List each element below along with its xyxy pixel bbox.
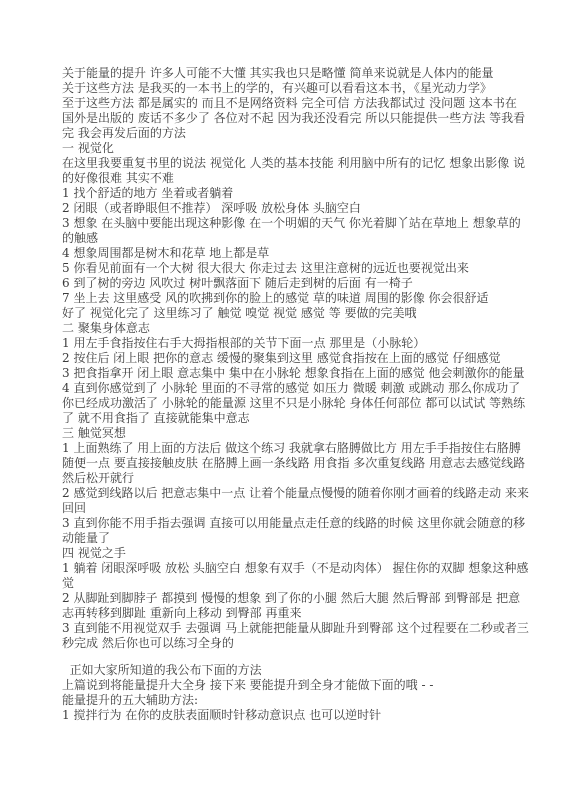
text-line: 一 视觉化 xyxy=(62,141,536,156)
text-line: 3 想象 在头脑中要能出现这种影像 在一个明媚的天气 你光着脚丫站在草地上 想象… xyxy=(62,216,536,231)
text-line: 4 直到你感觉到了 小脉轮 里面的不寻常的感觉 如压力 微暖 刺激 或跳动 那么… xyxy=(62,381,536,396)
text-line: 5 你看见前面有一个大树 很大很大 你走过去 这里注意树的远近也要视觉出来 xyxy=(62,261,536,276)
text-line: 3 把食指拿开 闭上眼 意志集中 集中在小脉轮 想象食指在上面的感觉 他会刺激你… xyxy=(62,366,536,381)
text-line: 2 从脚趾到脚脖子 都摸到 慢慢的想象 到了你的小腿 然后大腿 然后臀部 到臀部… xyxy=(62,591,536,606)
document-page: 关于能量的提升 许多人可能不大懂 其实我也只是略懂 简单来说就是人体内的能量关于… xyxy=(0,0,566,800)
text-line: 3 直到你能不用手指去强调 直接可以用能量点走任意的线路的时候 这里你就会随意的… xyxy=(62,516,536,531)
text-line: 至于这些方法 都是属实的 而且不是网络资料 完全可信 方法我都试过 没问题 这本… xyxy=(62,96,536,111)
text-line: 关于这些方法 是我买的一本书上的学的，有兴趣可以看看这本书，《星光动力学》 xyxy=(62,81,536,96)
text-line: 2 按住后 闭上眼 把你的意志 缓慢的聚集到这里 感觉食指按在上面的感觉 仔细感… xyxy=(62,351,536,366)
text-line: 四 视觉之手 xyxy=(62,546,536,561)
text-line: 动能量了 xyxy=(62,531,536,546)
text-line: 正如大家所知道的我公布下面的方法 xyxy=(62,663,536,678)
text-line: 你已经成功激活了 小脉轮的能量源 这里不只是小脉轮 身体任何部位 都可以试试 等… xyxy=(62,396,536,411)
text-line: 了 就不用食指了 直接就能集中意志 xyxy=(62,411,536,426)
document-body: 关于能量的提升 许多人可能不大懂 其实我也只是略懂 简单来说就是人体内的能量关于… xyxy=(62,66,536,723)
text-line: 三 触觉冥想 xyxy=(62,426,536,441)
text-line: 然后松开就行 xyxy=(62,471,536,486)
text-line: 7 坐上去 这里感受 风的吹拂到你的脸上的感觉 草的味道 周围的影像 你会很舒适 xyxy=(62,291,536,306)
text-line: 的好像很难 其实不难 xyxy=(62,171,536,186)
text-line: 1 搅拌行为 在你的皮肤表面顺时针移动意识点 也可以逆时针 xyxy=(62,708,536,723)
text-line: 1 用左手食指按住右手大拇指根部的关节下面一点 那里是（小脉轮） xyxy=(62,336,536,351)
text-line: 2 闭眼（或者睁眼但不推荐） 深呼吸 放松身体 头脑空白 xyxy=(62,201,536,216)
text-line: 上篇说到将能量提升大全身 接下来 要能提升到全身才能做下面的哦 - - xyxy=(62,678,536,693)
text-line: 完 我会再发后面的方法 xyxy=(62,126,536,141)
text-line: 能量提升的五大辅助方法: xyxy=(62,693,536,708)
text-line: 4 想象周围都是树木和花草 地上都是草 xyxy=(62,246,536,261)
text-line: 觉 xyxy=(62,576,536,591)
text-line: 3 直到能不用视觉双手 去强调 马上就能把能量从脚趾升到臀部 这个过程要在二秒或… xyxy=(62,621,536,636)
text-line: 1 找个舒适的地方 坐着或者躺着 xyxy=(62,186,536,201)
text-line: 回回 xyxy=(62,501,536,516)
text-line: 好了 视觉化完了 这里练习了 触觉 嗅觉 视觉 感觉 等 要做的完美哦 xyxy=(62,306,536,321)
text-line: 2 感觉到线路以后 把意志集中一点 让着个能量点慢慢的随着你刚才画着的线路走动 … xyxy=(62,486,536,501)
text-line: 志再转移到脚趾 重新向上移动 到臀部 再重来 xyxy=(62,606,536,621)
text-line: 二 聚集身体意志 xyxy=(62,321,536,336)
text-line: 随便一点 要直接接触皮肤 在胳膊上画一条线路 用食指 多次重复线路 用意志去感觉… xyxy=(62,456,536,471)
text-line: 关于能量的提升 许多人可能不大懂 其实我也只是略懂 简单来说就是人体内的能量 xyxy=(62,66,536,81)
text-line: 秒完成 然后你也可以练习全身的 xyxy=(62,636,536,651)
text-line: 1 躺着 闭眼深呼吸 放松 头脑空白 想象有双手（不是动肉体） 握住你的双脚 想… xyxy=(62,561,536,576)
text-line: 的触感 xyxy=(62,231,536,246)
text-line: 在这里我要重复书里的说法 视觉化 人类的基本技能 利用脑中所有的记忆 想象出影像… xyxy=(62,156,536,171)
blank-line xyxy=(62,651,536,663)
text-line: 6 到了树的旁边 风吹过 树叶飘落面下 随后走到树的后面 有一椅子 xyxy=(62,276,536,291)
text-line: 国外是出版的 废话不多少了 各位对不起 因为我还没看完 所以只能提供一些方法 等… xyxy=(62,111,536,126)
text-line: 1 上面熟练了 用上面的方法后 做这个练习 我就拿右胳膊做比方 用左手手指按住右… xyxy=(62,441,536,456)
